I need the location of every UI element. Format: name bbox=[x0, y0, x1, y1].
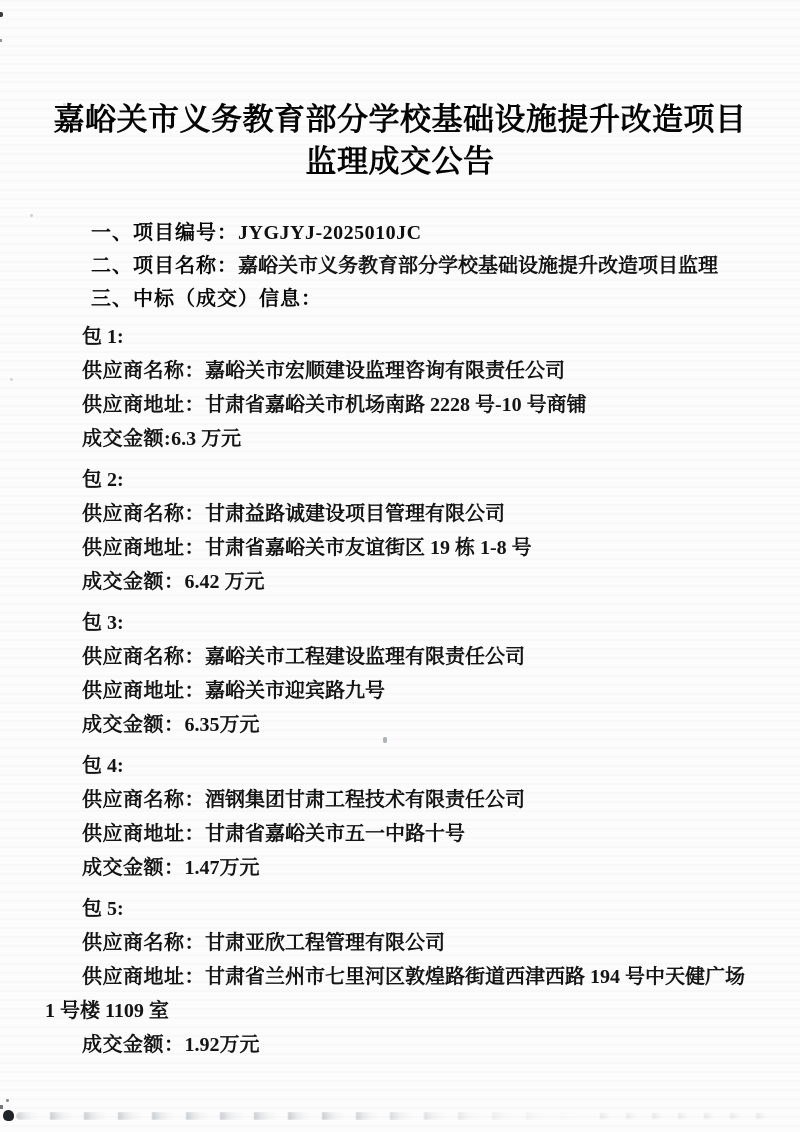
deal-amount-label: 成交金额： bbox=[82, 857, 185, 879]
package-1-supplier-row: 供应商名称：嘉峪关市宏顺建设监理咨询有限责任公司 bbox=[45, 354, 755, 388]
ink-speck bbox=[63, 103, 66, 106]
project-name-value: 嘉峪关市义务教育部分学校基础设施提升改造项目监理 bbox=[238, 255, 718, 277]
supplier-address-label: 供应商地址： bbox=[82, 394, 205, 416]
supplier-name-label: 供应商名称： bbox=[82, 932, 205, 954]
package-1-amount-row: 成交金额:6.3 万元 bbox=[45, 422, 755, 456]
package-2-supplier-row: 供应商名称：甘肃益路诚建设项目管理有限公司 bbox=[45, 497, 755, 531]
supplier-address-value: 甘肃省兰州市七里河区敦煌路街道西津西路 194 号中天健广场 bbox=[205, 966, 745, 988]
scan-edge-mark bbox=[0, 1105, 3, 1109]
package-1-heading: 包 1: bbox=[45, 320, 755, 354]
scan-smudge-faint bbox=[600, 1113, 780, 1119]
package-4-section: 包 4: 供应商名称：酒钢集团甘肃工程技术有限责任公司 供应商地址：甘肃省嘉峪关… bbox=[45, 749, 755, 885]
project-number-label: 一、项目编号： bbox=[91, 222, 238, 244]
supplier-address-value: 甘肃省嘉峪关市五一中路十号 bbox=[205, 823, 465, 845]
package-1-section: 包 1: 供应商名称：嘉峪关市宏顺建设监理咨询有限责任公司 供应商地址：甘肃省嘉… bbox=[45, 320, 755, 456]
meta-section: 一、项目编号：JYGJYJ-2025010JC 二、项目名称：嘉峪关市义务教育部… bbox=[45, 217, 755, 316]
package-3-address-row: 供应商地址：嘉峪关市迎宾路九号 bbox=[45, 674, 755, 708]
supplier-name-label: 供应商名称： bbox=[82, 503, 205, 525]
deal-amount-label: 成交金额： bbox=[82, 1034, 185, 1056]
supplier-name-label: 供应商名称： bbox=[82, 360, 205, 382]
package-4-address-row: 供应商地址：甘肃省嘉峪关市五一中路十号 bbox=[45, 817, 755, 851]
package-5-amount-row: 成交金额：1.92万元 bbox=[45, 1028, 755, 1062]
package-3-section: 包 3: 供应商名称：嘉峪关市工程建设监理有限责任公司 供应商地址：嘉峪关市迎宾… bbox=[45, 606, 755, 742]
page-title-line-2: 监理成交公告 bbox=[45, 141, 755, 183]
supplier-name-value: 酒钢集团甘肃工程技术有限责任公司 bbox=[205, 789, 525, 811]
package-2-heading: 包 2: bbox=[45, 463, 755, 497]
ink-speck bbox=[6, 1099, 9, 1102]
package-5-supplier-row: 供应商名称：甘肃亚欣工程管理有限公司 bbox=[45, 926, 755, 960]
supplier-address-value: 嘉峪关市迎宾路九号 bbox=[205, 680, 385, 702]
ink-speck bbox=[10, 378, 13, 381]
deal-amount-label: 成交金额： bbox=[82, 714, 185, 736]
supplier-address-label: 供应商地址： bbox=[82, 680, 205, 702]
package-5-address-row: 供应商地址：甘肃省兰州市七里河区敦煌路街道西津西路 194 号中天健广场 bbox=[45, 960, 755, 994]
deal-amount-label: 成交金额: bbox=[82, 428, 171, 450]
package-5-address-continuation: 1 号楼 1109 室 bbox=[45, 994, 755, 1028]
package-1-address-row: 供应商地址：甘肃省嘉峪关市机场南路 2228 号-10 号商铺 bbox=[45, 388, 755, 422]
package-2-section: 包 2: 供应商名称：甘肃益路诚建设项目管理有限公司 供应商地址：甘肃省嘉峪关市… bbox=[45, 463, 755, 599]
package-4-amount-row: 成交金额：1.47万元 bbox=[45, 851, 755, 885]
package-2-address-row: 供应商地址：甘肃省嘉峪关市友谊街区 19 栋 1-8 号 bbox=[45, 531, 755, 565]
project-number-value: JYGJYJ-2025010JC bbox=[238, 222, 422, 244]
supplier-address-label: 供应商地址： bbox=[82, 966, 205, 988]
award-info-row: 三、中标（成交）信息： bbox=[45, 283, 755, 316]
supplier-address-value: 甘肃省嘉峪关市友谊街区 19 栋 1-8 号 bbox=[205, 537, 532, 559]
deal-amount-value: 1.92万元 bbox=[185, 1034, 260, 1056]
document-content: 嘉峪关市义务教育部分学校基础设施提升改造项目 监理成交公告 一、项目编号：JYG… bbox=[0, 0, 800, 1132]
deal-amount-label: 成交金额： bbox=[82, 571, 185, 593]
scan-edge-mark bbox=[0, 39, 2, 42]
package-4-heading: 包 4: bbox=[45, 749, 755, 783]
page-title-line-1: 嘉峪关市义务教育部分学校基础设施提升改造项目 bbox=[45, 99, 755, 141]
project-number-row: 一、项目编号：JYGJYJ-2025010JC bbox=[45, 217, 755, 250]
project-name-row: 二、项目名称：嘉峪关市义务教育部分学校基础设施提升改造项目监理 bbox=[45, 250, 755, 283]
ink-speck bbox=[30, 214, 33, 217]
package-3-supplier-row: 供应商名称：嘉峪关市工程建设监理有限责任公司 bbox=[45, 640, 755, 674]
scanned-document-page: 嘉峪关市义务教育部分学校基础设施提升改造项目 监理成交公告 一、项目编号：JYG… bbox=[0, 0, 800, 1132]
deal-amount-value: 6.35万元 bbox=[185, 714, 260, 736]
deal-amount-value: 1.47万元 bbox=[185, 857, 260, 879]
ink-blot bbox=[3, 1110, 14, 1121]
package-3-heading: 包 3: bbox=[45, 606, 755, 640]
supplier-address-label: 供应商地址： bbox=[82, 537, 205, 559]
deal-amount-value: 6.42 万元 bbox=[185, 571, 265, 593]
supplier-name-value: 甘肃益路诚建设项目管理有限公司 bbox=[205, 503, 505, 525]
scan-edge-mark bbox=[0, 12, 3, 17]
supplier-name-label: 供应商名称： bbox=[82, 789, 205, 811]
supplier-name-label: 供应商名称： bbox=[82, 646, 205, 668]
supplier-address-label: 供应商地址： bbox=[82, 823, 205, 845]
project-name-label: 二、项目名称： bbox=[91, 255, 238, 277]
package-4-supplier-row: 供应商名称：酒钢集团甘肃工程技术有限责任公司 bbox=[45, 783, 755, 817]
package-5-heading: 包 5: bbox=[45, 892, 755, 926]
package-2-amount-row: 成交金额：6.42 万元 bbox=[45, 565, 755, 599]
deal-amount-value: 6.3 万元 bbox=[171, 428, 241, 450]
scan-smudge bbox=[16, 1112, 591, 1120]
supplier-name-value: 嘉峪关市宏顺建设监理咨询有限责任公司 bbox=[205, 360, 565, 382]
supplier-name-value: 嘉峪关市工程建设监理有限责任公司 bbox=[205, 646, 525, 668]
award-info-label: 三、中标（成交）信息： bbox=[91, 288, 322, 310]
page-title: 嘉峪关市义务教育部分学校基础设施提升改造项目 监理成交公告 bbox=[45, 99, 755, 183]
supplier-name-value: 甘肃亚欣工程管理有限公司 bbox=[205, 932, 445, 954]
package-3-amount-row: 成交金额：6.35万元 bbox=[45, 708, 755, 742]
package-5-section: 包 5: 供应商名称：甘肃亚欣工程管理有限公司 供应商地址：甘肃省兰州市七里河区… bbox=[45, 892, 755, 1062]
supplier-address-value: 甘肃省嘉峪关市机场南路 2228 号-10 号商铺 bbox=[205, 394, 587, 416]
ink-speck bbox=[383, 737, 387, 743]
